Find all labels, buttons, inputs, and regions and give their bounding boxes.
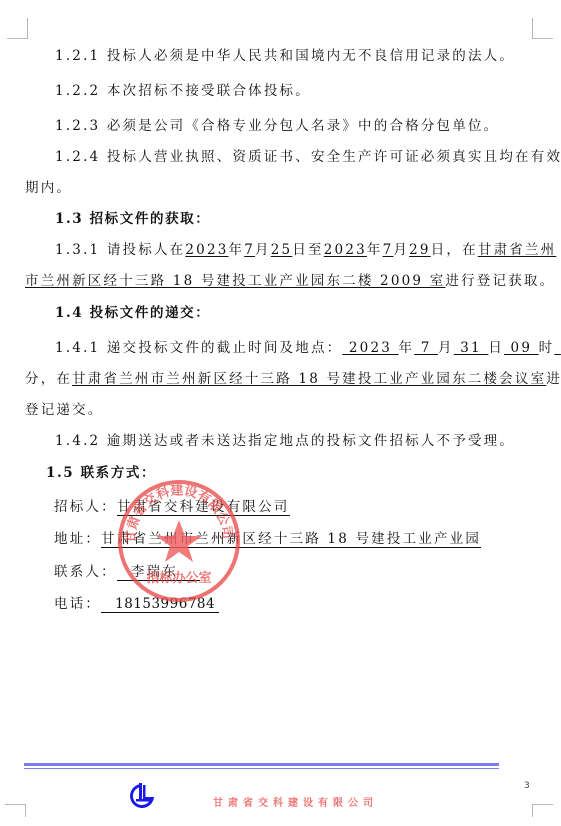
contact-label: 联系人：	[54, 564, 117, 580]
submission-location: 甘肃省兰州市兰州新区经十三路 18 号建投工业产业园东二楼会议室	[72, 371, 546, 387]
clause-1-3-1-continued: 市兰州新区经十三路 18 号建投工业产业园东二楼 2009 室进行登记获取。	[25, 272, 555, 290]
tenderer-value: 甘肃省交科建设有限公司	[117, 499, 290, 516]
end-month: 7	[383, 242, 394, 258]
page-number: 3	[524, 781, 530, 791]
clause-1-4-1-continued: 分，在甘肃省兰州市兰州新区经十三路 18 号建投工业产业园东二楼会议室进行	[25, 370, 561, 388]
clause-1-2-1: 1.2.1 投标人必须是中华人民共和国境内无不良信用记录的法人。	[55, 47, 515, 65]
end-year: 2023	[324, 242, 367, 258]
clause-1-4-2: 1.4.2 逾期送达或者未送达指定地点的投标文件招标人不予受理。	[55, 432, 515, 450]
deadline-year: 2023	[342, 340, 398, 356]
page-corner-mark-bottom-left	[5, 804, 26, 817]
address-label: 地址：	[54, 531, 101, 547]
deadline-day: 31	[454, 340, 489, 356]
phone-label: 电话：	[54, 596, 101, 612]
footer-rule	[24, 763, 499, 766]
page-corner-mark-top-right	[532, 18, 553, 39]
clause-1-3-1: 1.3.1 请投标人在2023年7月25日至2023年7月29日，在甘肃省兰州	[55, 241, 556, 259]
phone-row: 电话：18153996784	[54, 595, 219, 613]
start-day: 25	[271, 242, 293, 258]
pickup-location: 甘肃省兰州	[478, 242, 557, 258]
start-month: 7	[244, 242, 255, 258]
clause-1-4-1-continued-2: 登记递交。	[25, 401, 104, 419]
footer-rule-thin	[24, 768, 499, 769]
section-heading-1-4: 1.4 投标文件的递交：	[55, 304, 210, 322]
tenderer-row: 招标人：甘肃省交科建设有限公司	[54, 498, 290, 516]
tenderer-label: 招标人：	[54, 499, 117, 515]
deadline-hour: 09	[504, 340, 539, 356]
clause-1-2-4-continued: 期内。	[25, 179, 72, 197]
page-corner-mark-bottom-right	[532, 804, 553, 817]
contact-value: 李瑞东	[117, 564, 200, 581]
address-row: 地址：甘肃省兰州市兰州新区经十三路 18 号建投工业产业园	[54, 530, 481, 548]
section-heading-1-3: 1.3 招标文件的获取：	[55, 210, 210, 228]
section-heading-1-5: 1.5 联系方式：	[46, 464, 156, 482]
clause-1-2-2: 1.2.2 本次招标不接受联合体投标。	[55, 82, 311, 100]
page-corner-mark-top-left	[7, 18, 28, 39]
clause-1-2-3: 1.2.3 必须是公司《合格专业分包人名录》中的合格分包单位。	[55, 117, 499, 135]
deadline-month: 7	[414, 340, 438, 356]
phone-value: 18153996784	[101, 596, 219, 613]
footer-company-name: 甘肃省交科建设有限公司	[213, 794, 378, 809]
clause-1-4-1: 1.4.1 递交投标文件的截止时间及地点： 2023 年 7 月 31 日 09…	[55, 339, 561, 357]
end-day: 29	[409, 242, 431, 258]
address-value: 甘肃省兰州市兰州新区经十三路 18 号建投工业产业园	[101, 531, 481, 548]
start-year: 2023	[185, 242, 228, 258]
pickup-location-continued: 市兰州新区经十三路 18 号建投工业产业园东二楼 2009 室	[25, 273, 445, 289]
contact-row: 联系人：李瑞东	[54, 563, 200, 581]
company-logo-icon	[128, 781, 156, 811]
deadline-minute: 30	[554, 340, 561, 356]
clause-1-2-4: 1.2.4 投标人营业执照、资质证书、安全生产许可证必须真实且均在有效	[55, 148, 561, 166]
